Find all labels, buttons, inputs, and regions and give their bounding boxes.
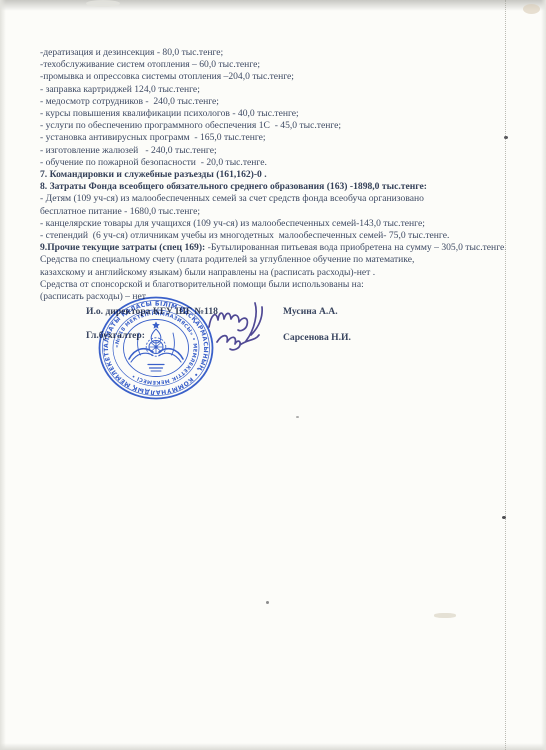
report-line: -дератизация и дезинсекция - 80,0 тыс.те…: [40, 47, 530, 59]
scan-edge-shadow-left: [0, 0, 6, 750]
scan-artifact: [504, 136, 508, 139]
accountant-signature: [217, 336, 240, 350]
scan-artifact: [266, 601, 269, 604]
report-line: Средства от спонсорской и благотворитель…: [40, 279, 530, 291]
scan-fold-line: [505, 0, 506, 750]
scanned-document-page: -дератизация и дезинсекция - 80,0 тыс.те…: [0, 0, 546, 750]
line-text: -Бутылированная питьевая вода приобретен…: [208, 242, 507, 253]
report-line: - степендий (6 уч-ся) отличникам учебы и…: [40, 230, 530, 242]
report-line: - услуги по обеспечению программного обе…: [40, 120, 530, 132]
report-line: -промывка и опрессовка системы отопления…: [40, 71, 530, 83]
section-heading: 9.Прочие текущие затраты (спец 169):: [40, 242, 208, 253]
report-line: 9.Прочие текущие затраты (спец 169): -Бу…: [40, 242, 530, 254]
official-stamp: АЛМАТЫ ҚАЛАСЫ БІЛІМ БАСҚАРМАСЫНЫҢ • КОММ…: [93, 293, 219, 405]
report-line: - изготовление жалюзей - 240,0 тыс.тенге…: [40, 145, 530, 157]
accountant-name: Сарсенова Н.И.: [283, 332, 351, 343]
report-line: - установка антивирусных программ - 165,…: [40, 132, 530, 144]
report-line: казахскому и английскому языкам) были на…: [40, 267, 530, 279]
report-line: - заправка картриджей 124,0 тыс.тенге;: [40, 84, 530, 96]
handwritten-signatures: [203, 299, 279, 357]
scan-artifact: [502, 516, 506, 519]
kazakhstan-emblem-icon: [129, 322, 183, 372]
report-line: - курсы повышения квалификации психолого…: [40, 108, 530, 120]
scan-edge-shadow-bottom: [0, 743, 546, 750]
report-line: -техобслуживание систем отопления – 60,0…: [40, 59, 530, 71]
scan-artifact: [523, 4, 540, 14]
section-heading: 7. Командировки и служебные разъезды (16…: [40, 169, 530, 181]
report-line: бесплатное питание - 1680,0 тыс.тенге;: [40, 206, 530, 218]
report-line: Средства по специальному счету (плата ро…: [40, 254, 530, 266]
report-line: - Детям (109 уч-ся) из малообеспеченных …: [40, 193, 530, 205]
scan-artifact: [296, 416, 299, 418]
report-text-block: -дератизация и дезинсекция - 80,0 тыс.те…: [40, 47, 530, 303]
director-name: Мусина А.А.: [283, 306, 338, 317]
report-line: - обучение по пожарной безопасности - 20…: [40, 157, 530, 169]
scan-edge-shadow-top: [0, 0, 546, 11]
report-line: - канцелярские товары для учащихся (109 …: [40, 218, 530, 230]
scan-artifact: [86, 0, 120, 7]
section-heading: 8. Затраты Фонда всеобщего обязательного…: [40, 181, 530, 193]
scan-edge-shadow-right: [541, 0, 546, 750]
director-signature: [209, 313, 247, 331]
report-line: - медосмотр сотрудников - 240,0 тыс.тенг…: [40, 96, 530, 108]
scan-artifact: [434, 613, 456, 618]
